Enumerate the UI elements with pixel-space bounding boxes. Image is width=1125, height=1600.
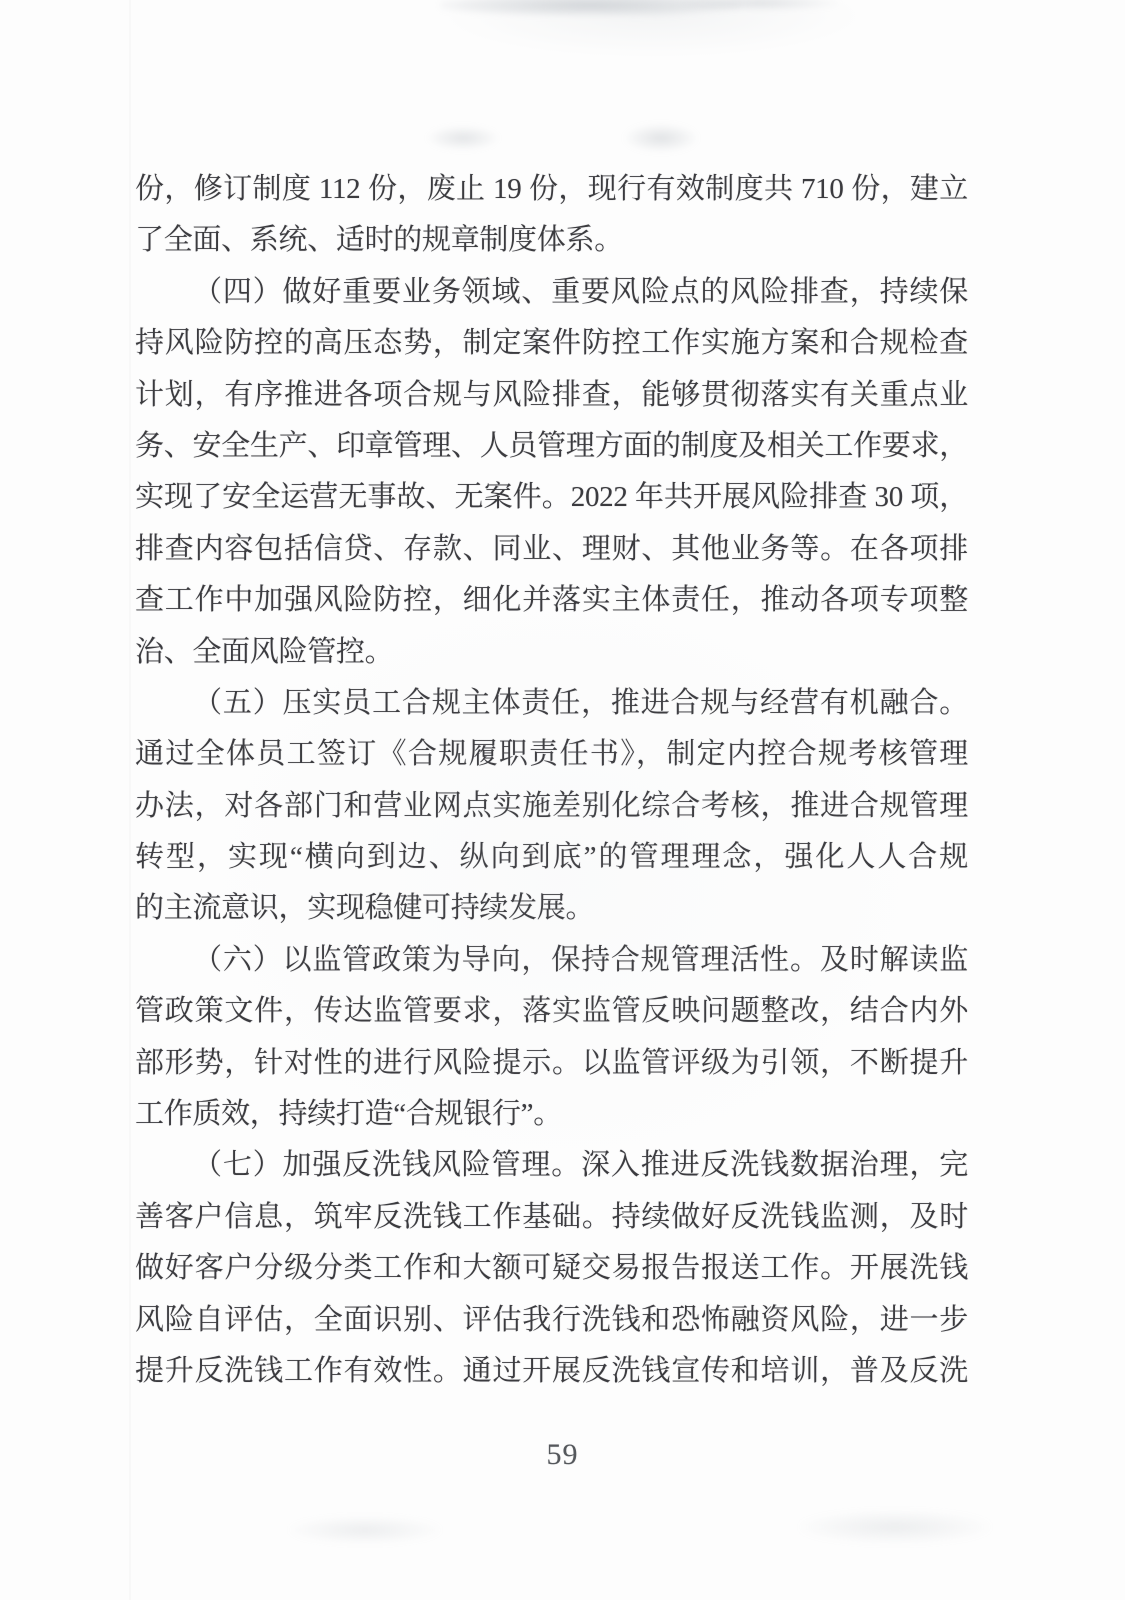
text-line: 务、安全生产、印章管理、人员管理方面的制度及相关工作要求， — [135, 421, 968, 472]
text-line: 风险自评估，全面识别、评估我行洗钱和恐怖融资风险，进一步 — [135, 1295, 968, 1346]
text-line: 善客户信息，筑牢反洗钱工作基础。持续做好反洗钱监测，及时 — [135, 1192, 968, 1243]
scan-smudge — [800, 1510, 990, 1544]
text-line: 份，修订制度 112 份，废止 19 份，现行有效制度共 710 份，建立 — [135, 164, 968, 215]
text-line: 排查内容包括信贷、存款、同业、理财、其他业务等。在各项排 — [135, 524, 968, 575]
scanned-document-page: 份，修订制度 112 份，废止 19 份，现行有效制度共 710 份，建立了全面… — [0, 0, 1125, 1600]
scan-smudge — [680, 0, 840, 11]
text-line: 治、全面风险管控。 — [135, 627, 968, 678]
scan-fold-line — [129, 0, 131, 1600]
text-line: （五）压实员工合规主体责任，推进合规与经营有机融合。 — [135, 678, 968, 729]
scan-smudge — [625, 124, 697, 152]
text-line: 实现了安全运营无事故、无案件。2022 年共开展风险排查 30 项， — [135, 472, 968, 523]
text-line: 工作质效，持续打造“合规银行”。 — [135, 1089, 968, 1140]
text-line: 办法，对各部门和营业网点实施差别化综合考核，推进合规管理 — [135, 781, 968, 832]
text-line: 的主流意识，实现稳健可持续发展。 — [135, 883, 968, 934]
text-line: 计划，有序推进各项合规与风险排查，能够贯彻落实有关重点业 — [135, 370, 968, 421]
text-line: 持风险防控的高压态势，制定案件防控工作实施方案和合规检查 — [135, 318, 968, 369]
page-number: 59 — [0, 1438, 1125, 1472]
text-line: （六）以监管政策为导向，保持合规管理活性。及时解读监 — [135, 935, 968, 986]
text-line: 做好客户分级分类工作和大额可疑交易报告报送工作。开展洗钱 — [135, 1243, 968, 1294]
text-line: （七）加强反洗钱风险管理。深入推进反洗钱数据治理，完 — [135, 1140, 968, 1191]
document-text: 份，修订制度 112 份，废止 19 份，现行有效制度共 710 份，建立了全面… — [135, 164, 968, 1397]
text-line: 管政策文件，传达监管要求，落实监管反映问题整改，结合内外 — [135, 986, 968, 1037]
text-line: 部形势，针对性的进行风险提示。以监管评级为引领，不断提升 — [135, 1038, 968, 1089]
scan-smudge — [440, 0, 740, 16]
text-line: 通过全体员工签订《合规履职责任书》，制定内控合规考核管理 — [135, 729, 968, 780]
text-line: （四）做好重要业务领域、重要风险点的风险排查，持续保 — [135, 267, 968, 318]
scan-smudge — [290, 1516, 440, 1544]
text-line: 了全面、系统、适时的规章制度体系。 — [135, 215, 968, 266]
text-line: 提升反洗钱工作有效性。通过开展反洗钱宣传和培训，普及反洗 — [135, 1346, 968, 1397]
text-line: 查工作中加强风险防控，细化并落实主体责任，推动各项专项整 — [135, 575, 968, 626]
text-line: 转型，实现“横向到边、纵向到底”的管理理念，强化人人合规 — [135, 832, 968, 883]
scan-smudge — [428, 126, 498, 150]
